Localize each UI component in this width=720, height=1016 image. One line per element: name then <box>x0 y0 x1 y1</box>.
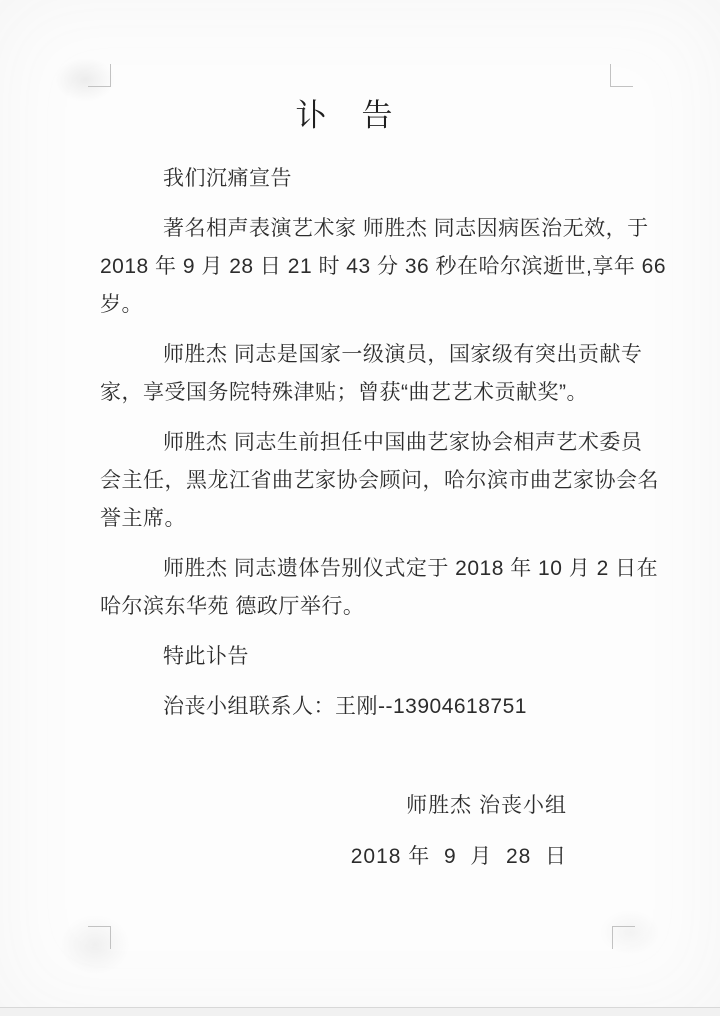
text-line: 特此讣告 <box>100 638 622 676</box>
text-line: 岁。 <box>100 286 622 324</box>
paragraph: 师胜杰 同志遗体告别仪式定于 2018 年 10 月 2 日在哈尔滨东华苑 德政… <box>100 550 622 626</box>
page-title: 讣 告 <box>84 96 606 136</box>
text-line: 我们沉痛宣告 <box>100 160 622 198</box>
photo-bottom-edge <box>0 1007 720 1016</box>
margin-mark-bottom-right <box>612 926 635 949</box>
paragraph: 师胜杰 同志生前担任中国曲艺家协会相声艺术委员会主任，黑龙江省曲艺家协会顾问，哈… <box>100 424 622 538</box>
text-line: 师胜杰 同志遗体告别仪式定于 2018 年 10 月 2 日在 <box>100 550 622 588</box>
text-line: 誉主席。 <box>100 500 622 538</box>
text-line: 师胜杰 同志生前担任中国曲艺家协会相声艺术委员 <box>100 424 622 462</box>
paragraph: 特此讣告 <box>100 638 622 676</box>
text-line: 2018 年 9 月 28 日 21 时 43 分 36 秒在哈尔滨逝世,享年 … <box>100 248 622 286</box>
text-line: 会主任，黑龙江省曲艺家协会顾问，哈尔滨市曲艺家协会名 <box>100 462 622 500</box>
document-content: 讣 告 我们沉痛宣告著名相声表演艺术家 师胜杰 同志因病医治无效，于2018 年… <box>100 0 622 876</box>
text-line: 治丧小组联系人：王刚--13904618751 <box>100 688 622 726</box>
paragraph: 治丧小组联系人：王刚--13904618751 <box>100 688 622 726</box>
text-line: 家，享受国务院特殊津贴；曾获“曲艺艺术贡献奖”。 <box>100 374 622 412</box>
signature-block: 师胜杰 治丧小组 2018 年 9 月 28 日 <box>100 786 622 876</box>
signature-date: 2018 年 9 月 28 日 <box>100 838 567 876</box>
obituary-notice-page: 讣 告 我们沉痛宣告著名相声表演艺术家 师胜杰 同志因病医治无效，于2018 年… <box>0 0 720 1016</box>
paragraph: 著名相声表演艺术家 师胜杰 同志因病医治无效，于2018 年 9 月 28 日 … <box>100 210 622 324</box>
text-line: 哈尔滨东华苑 德政厅举行。 <box>100 588 622 626</box>
text-line: 师胜杰 同志是国家一级演员，国家级有突出贡献专 <box>100 336 622 374</box>
paragraph: 师胜杰 同志是国家一级演员，国家级有突出贡献专家，享受国务院特殊津贴；曾获“曲艺… <box>100 336 622 412</box>
paragraph: 我们沉痛宣告 <box>100 160 622 198</box>
document-body: 我们沉痛宣告著名相声表演艺术家 师胜杰 同志因病医治无效，于2018 年 9 月… <box>100 160 622 726</box>
signature-group: 师胜杰 治丧小组 <box>100 786 567 826</box>
text-line: 著名相声表演艺术家 师胜杰 同志因病医治无效，于 <box>100 210 622 248</box>
margin-mark-bottom-left <box>88 926 111 949</box>
